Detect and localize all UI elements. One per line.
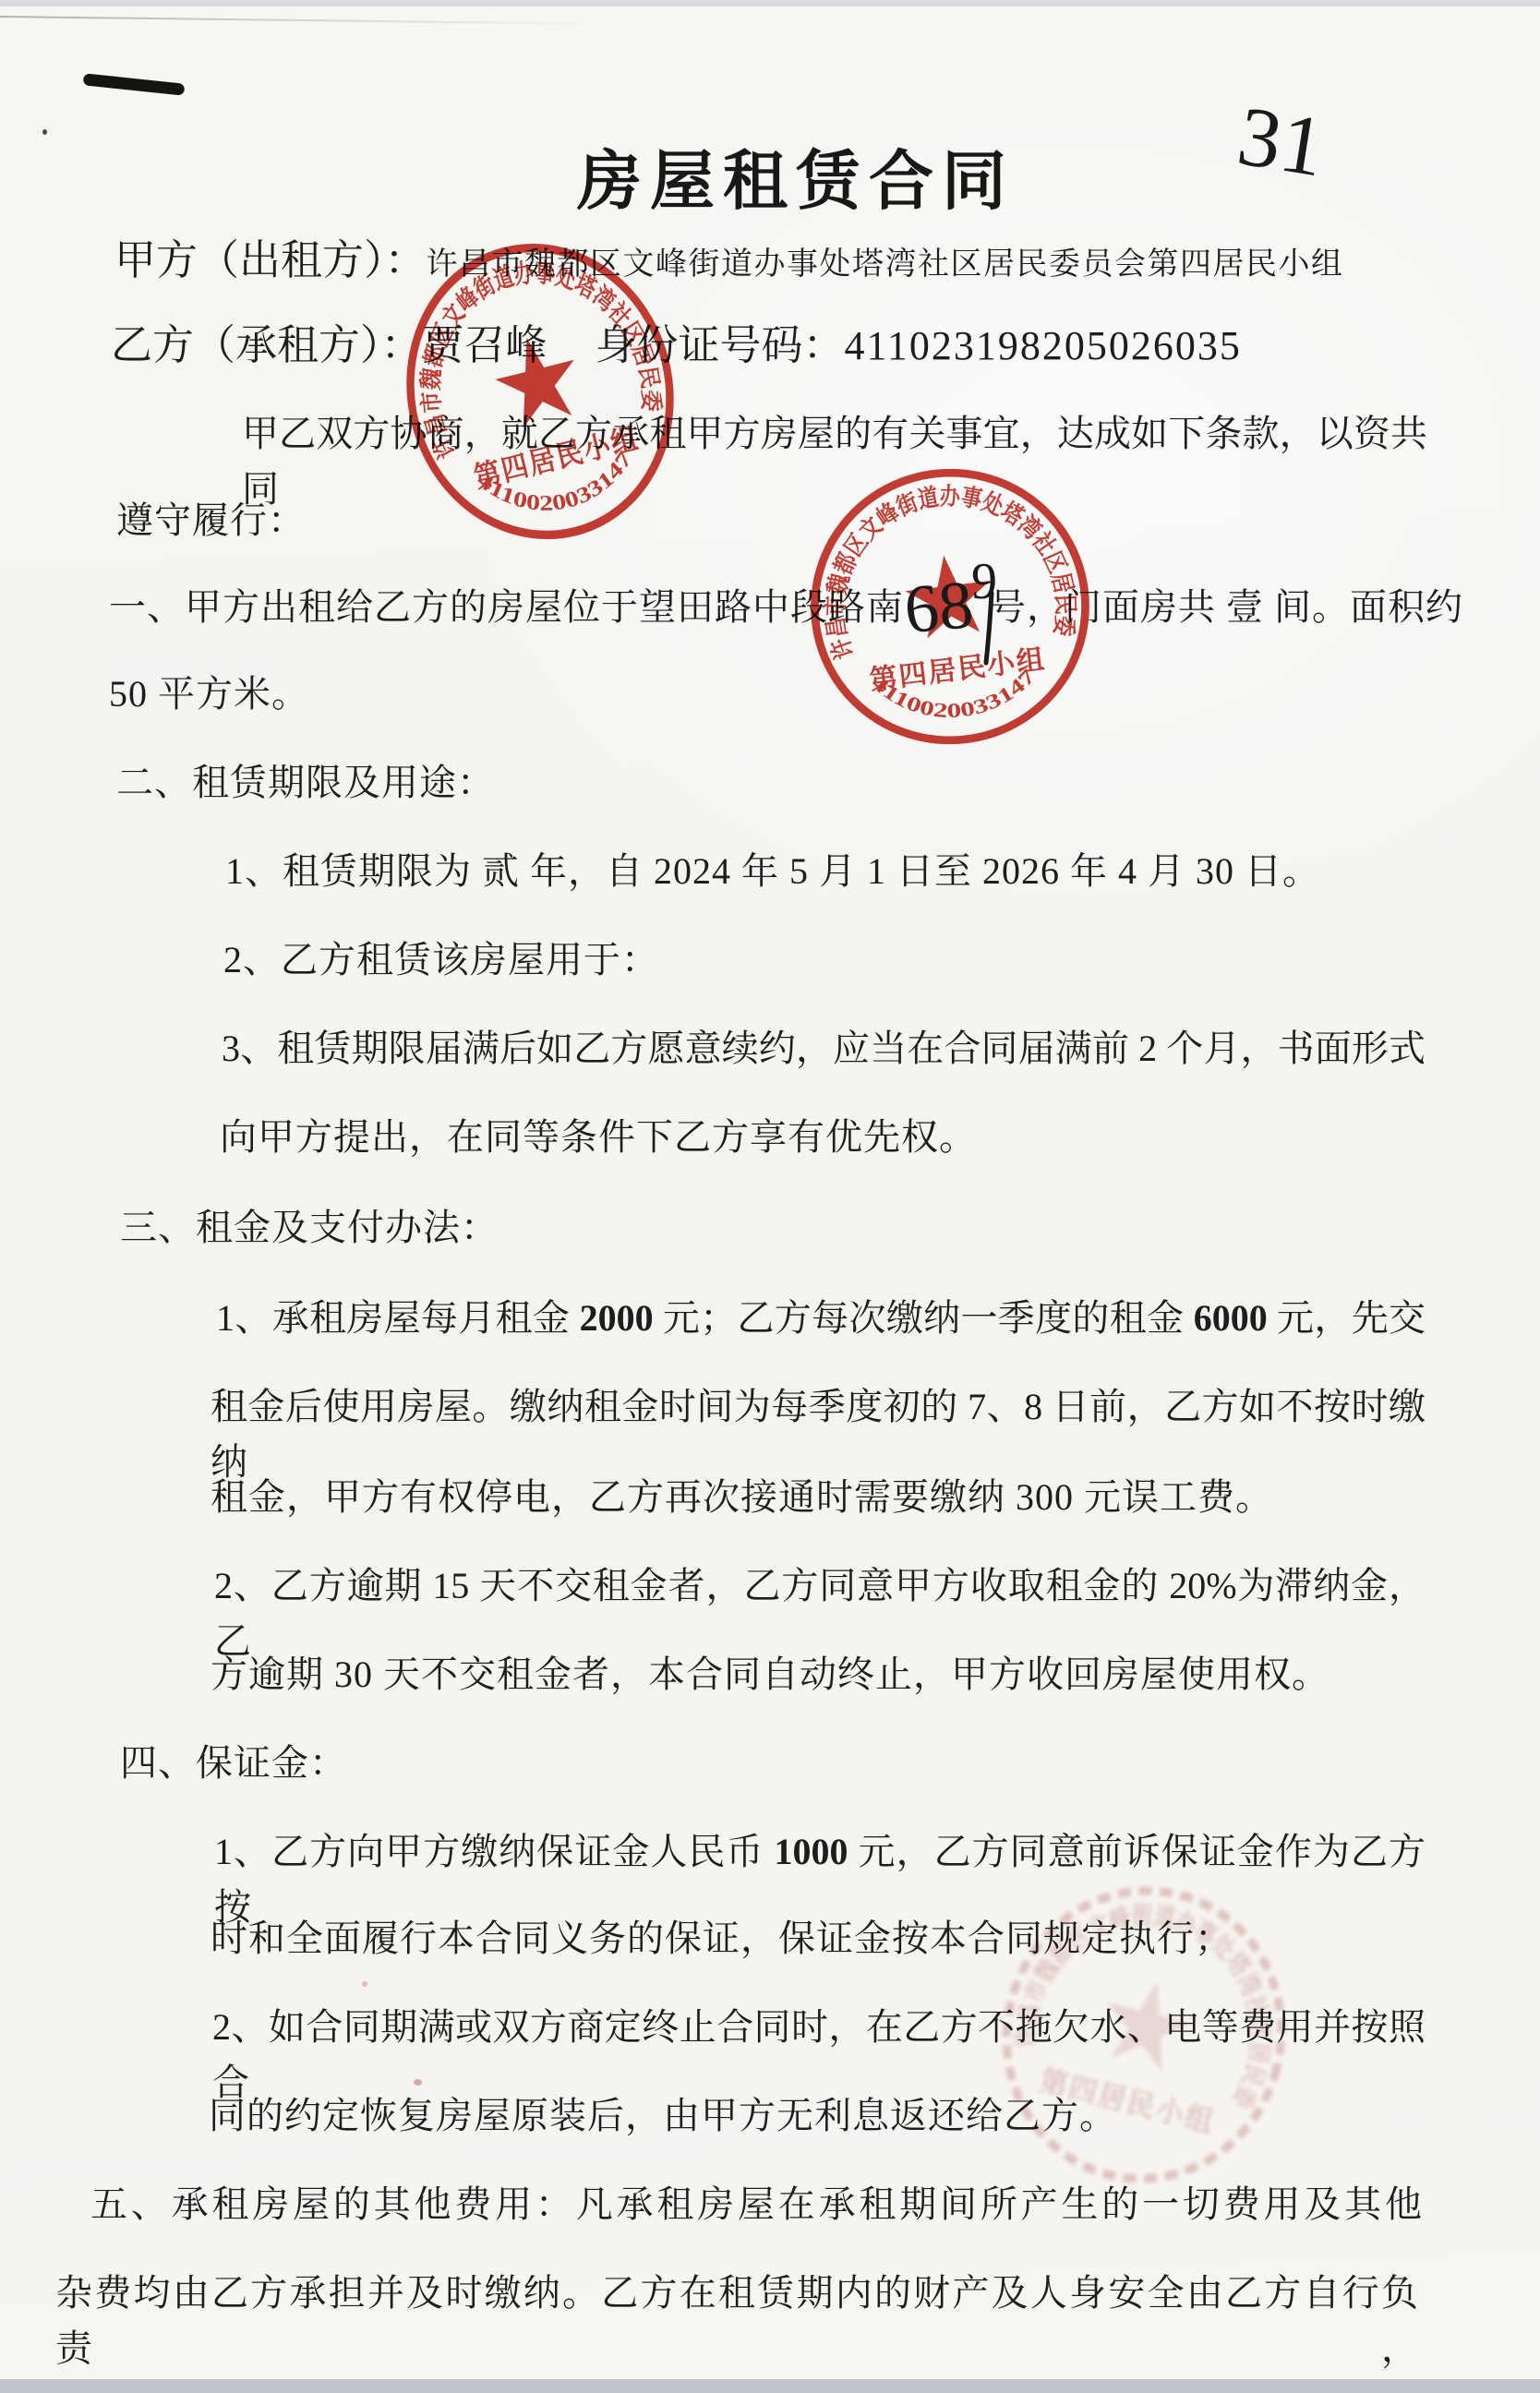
clause-4-heading: 四、保证金： [120,1736,347,1791]
monthly-rent-value: 2000 [580,1297,654,1339]
clause-3-item-1-line-3: 租金，甲方有权停电，乙方再次接通时需要缴纳 300 元误工费。 [211,1470,1273,1525]
scan-hairline [0,16,609,25]
handwritten-page-number: 31 [1233,83,1363,203]
stamp-group-text: 第四居民小组 [1036,2063,1218,2139]
red-ink-speck [362,1981,367,1987]
scanned-lease-contract-page: 房屋租赁合同 甲方（出租方）：许昌市魏都区文峰街道办事处塔湾社区居民委员会第四居… [0,0,1540,2393]
handwritten-house-number: 68 9 [903,554,1023,669]
clause-2-item-2: 2、乙方租赁该房屋用于： [223,932,659,988]
preamble-line-2: 遵守履行： [116,493,306,548]
clause-3-item-1-line-1: 1、承租房屋每月租金 2000 元；乙方每次缴纳一季度的租金 6000 元，先交 [216,1291,1426,1346]
id-number-value: 411023198205026035 [845,323,1242,368]
clause-2-item-1: 1、租赁期限为 贰 年，自 2024 年 5 月 1 日至 2026 年 4 月… [225,844,1320,899]
quarterly-rent-value: 6000 [1194,1297,1268,1339]
pen-mark [83,73,186,95]
clause-3-item-2-line-2: 方逾期 30 天不交租金者，本合同自动终止，甲方收回房屋使用权。 [211,1647,1329,1702]
clause-3-item-1-text: 1、承租房屋每月租金 [216,1297,580,1339]
clause-3-heading: 三、租金及支付办法： [120,1200,499,1256]
handwritten-68: 68 [903,567,976,648]
scanner-bottom-edge [0,2381,1540,2393]
clause-4-item-1-text: 1、乙方向甲方缴纳保证金人民币 [214,1831,775,1872]
stamp-star-icon [1094,1970,1198,2075]
clause-2-item-3-line-2: 向甲方提出，在同等条件下乙方享有优先权。 [220,1110,977,1165]
clause-1-text-before-blank: 一、甲方出租给乙方的房屋位于望田路中段路南 [109,586,904,628]
clause-5-line-2: 杂费均由乙方承担并及时缴纳。乙方在租赁期内的财产及人身安全由乙方自行负责， [55,2266,1418,2376]
clause-3-item-1-text: 元，先交 [1268,1297,1426,1339]
deposit-value: 1000 [775,1831,848,1872]
scanner-top-edge [0,0,1540,6]
clause-3-item-1-text: 元；乙方每次缴纳一季度的租金 [654,1297,1194,1339]
clause-2-heading: 二、租赁期限及用途： [116,755,495,811]
handwritten-digit-3: 31 [1233,88,1330,194]
clause-2-item-3-line-1: 3、租赁期限届满后如乙方愿意续约，应当在合同届满前 2 个月，书面形式 [222,1021,1426,1076]
stamp-star-icon [487,328,587,431]
party-a-line: 甲方（出租方）：许昌市魏都区文峰街道办事处塔湾社区居民委员会第四居民小组 [114,233,1344,293]
clause-1-line-2: 50 平方米。 [109,667,309,722]
clause-1-line-1: 一、甲方出租给乙方的房屋位于望田路中段路南号，门面房共 壹 间。面积约 [109,580,1463,635]
